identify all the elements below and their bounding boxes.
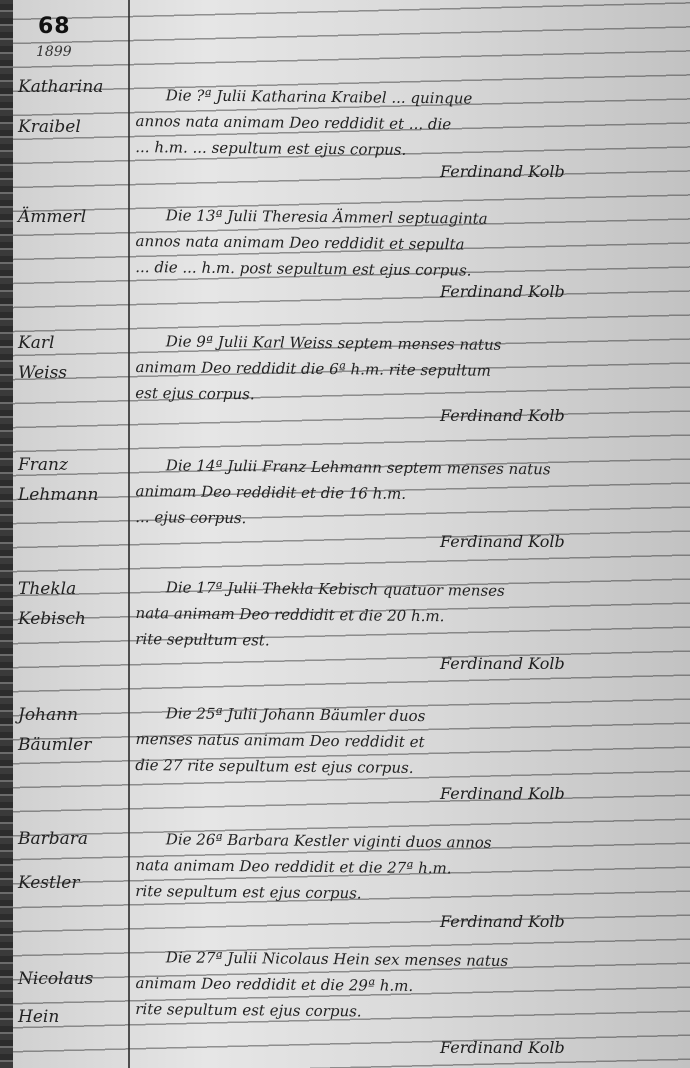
book-binding-edge — [0, 0, 13, 1068]
entry-text: Die 17ª Julii Thekla Kebisch quatuor men… — [135, 574, 666, 658]
deceased-name: Karl Weiss — [18, 328, 126, 388]
priest-signature: Ferdinand Kolb — [440, 784, 670, 803]
priest-signature: Ferdinand Kolb — [440, 532, 670, 551]
entry-text: Die 25ª Julii Johann Bäumler duos menses… — [135, 700, 666, 784]
deceased-name: Thekla Kebisch — [18, 574, 126, 634]
priest-signature: Ferdinand Kolb — [440, 282, 670, 301]
priest-signature: Ferdinand Kolb — [440, 912, 670, 931]
deceased-name: Barbara Kestler — [18, 824, 126, 898]
register-page: 68 1899 Katharina Kraibel Die ?ª Julii K… — [0, 0, 690, 1068]
entry-text: Die 26ª Barbara Kestler viginti duos ann… — [135, 826, 666, 910]
priest-signature: Ferdinand Kolb — [440, 162, 670, 181]
entry-text: Die ?ª Julii Katharina Kraibel ... quinq… — [135, 82, 666, 166]
year-mark: 1899 — [36, 44, 72, 60]
deceased-name: Nicolaus Hein — [18, 964, 126, 1032]
deceased-name: Johann Bäumler — [18, 700, 126, 760]
priest-signature: Ferdinand Kolb — [440, 1038, 670, 1057]
priest-signature: Ferdinand Kolb — [440, 406, 670, 425]
entry-text: Die 9ª Julii Karl Weiss septem menses na… — [135, 328, 666, 412]
deceased-name: Franz Lehmann — [18, 450, 126, 510]
entry-text: Die 27ª Julii Nicolaus Hein sex menses n… — [135, 944, 666, 1028]
entry-text: Die 13ª Julii Theresia Ämmerl septuagint… — [135, 202, 666, 286]
column-divider — [128, 0, 130, 1068]
priest-signature: Ferdinand Kolb — [440, 654, 670, 673]
page-number: 68 — [38, 14, 71, 39]
deceased-name: Katharina Kraibel — [18, 72, 126, 142]
deceased-name: Ämmerl — [18, 202, 126, 232]
entry-text: Die 14ª Julii Franz Lehmann septem mense… — [135, 452, 666, 536]
